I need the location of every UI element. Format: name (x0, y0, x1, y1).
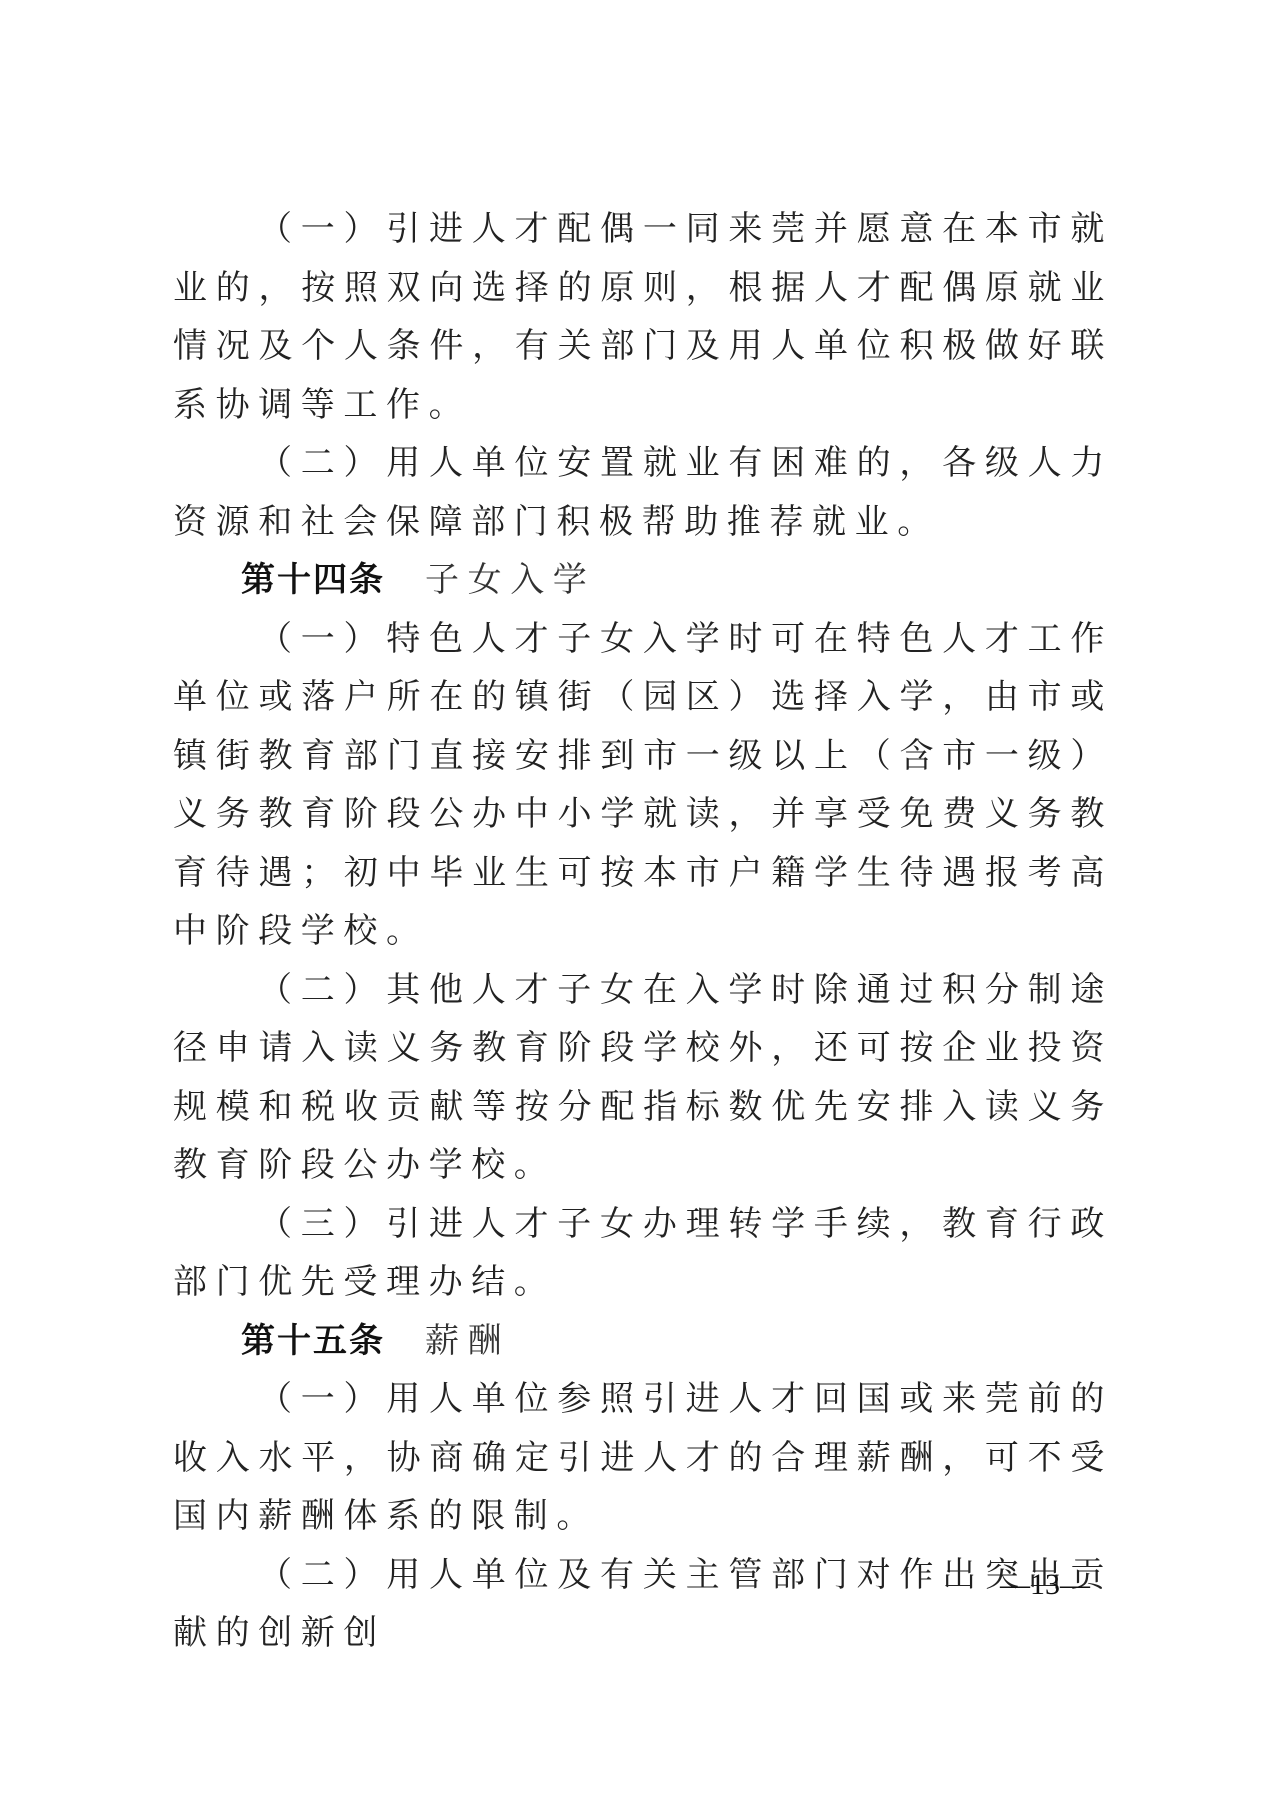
article-title: 薪酬 (425, 1321, 510, 1361)
paragraph-children-school-2: （二）其他人才子女在入学时除通过积分制途径申请入读义务教育阶段学校外，还可按企业… (173, 961, 1113, 1195)
paragraph-spouse-employment-2: （二）用人单位安置就业有困难的，各级人力资源和社会保障部门积极帮助推荐就业。 (173, 434, 1113, 551)
article-heading-15: 第十五条薪酬 (173, 1312, 1113, 1371)
paragraph-salary-1: （一）用人单位参照引进人才回国或来莞前的收入水平，协商确定引进人才的合理薪酬，可… (173, 1370, 1113, 1546)
article-number: 第十四条 (241, 560, 385, 600)
article-heading-14: 第十四条子女入学 (173, 551, 1113, 610)
page-number: —13— (1000, 1568, 1090, 1602)
paragraph-salary-2: （二）用人单位及有关主管部门对作出突出贡献的创新创 (173, 1546, 1113, 1663)
article-number: 第十五条 (241, 1321, 385, 1361)
article-title: 子女入学 (425, 560, 595, 600)
paragraph-spouse-employment-1: （一）引进人才配偶一同来莞并愿意在本市就业的，按照双向选择的原则，根据人才配偶原… (173, 200, 1113, 434)
paragraph-children-school-3: （三）引进人才子女办理转学手续，教育行政部门优先受理办结。 (173, 1195, 1113, 1312)
document-page: （一）引进人才配偶一同来莞并愿意在本市就业的，按照双向选择的原则，根据人才配偶原… (0, 0, 1280, 1810)
paragraph-children-school-1: （一）特色人才子女入学时可在特色人才工作单位或落户所在的镇街（园区）选择入学，由… (173, 610, 1113, 961)
document-body: （一）引进人才配偶一同来莞并愿意在本市就业的，按照双向选择的原则，根据人才配偶原… (173, 200, 1113, 1663)
